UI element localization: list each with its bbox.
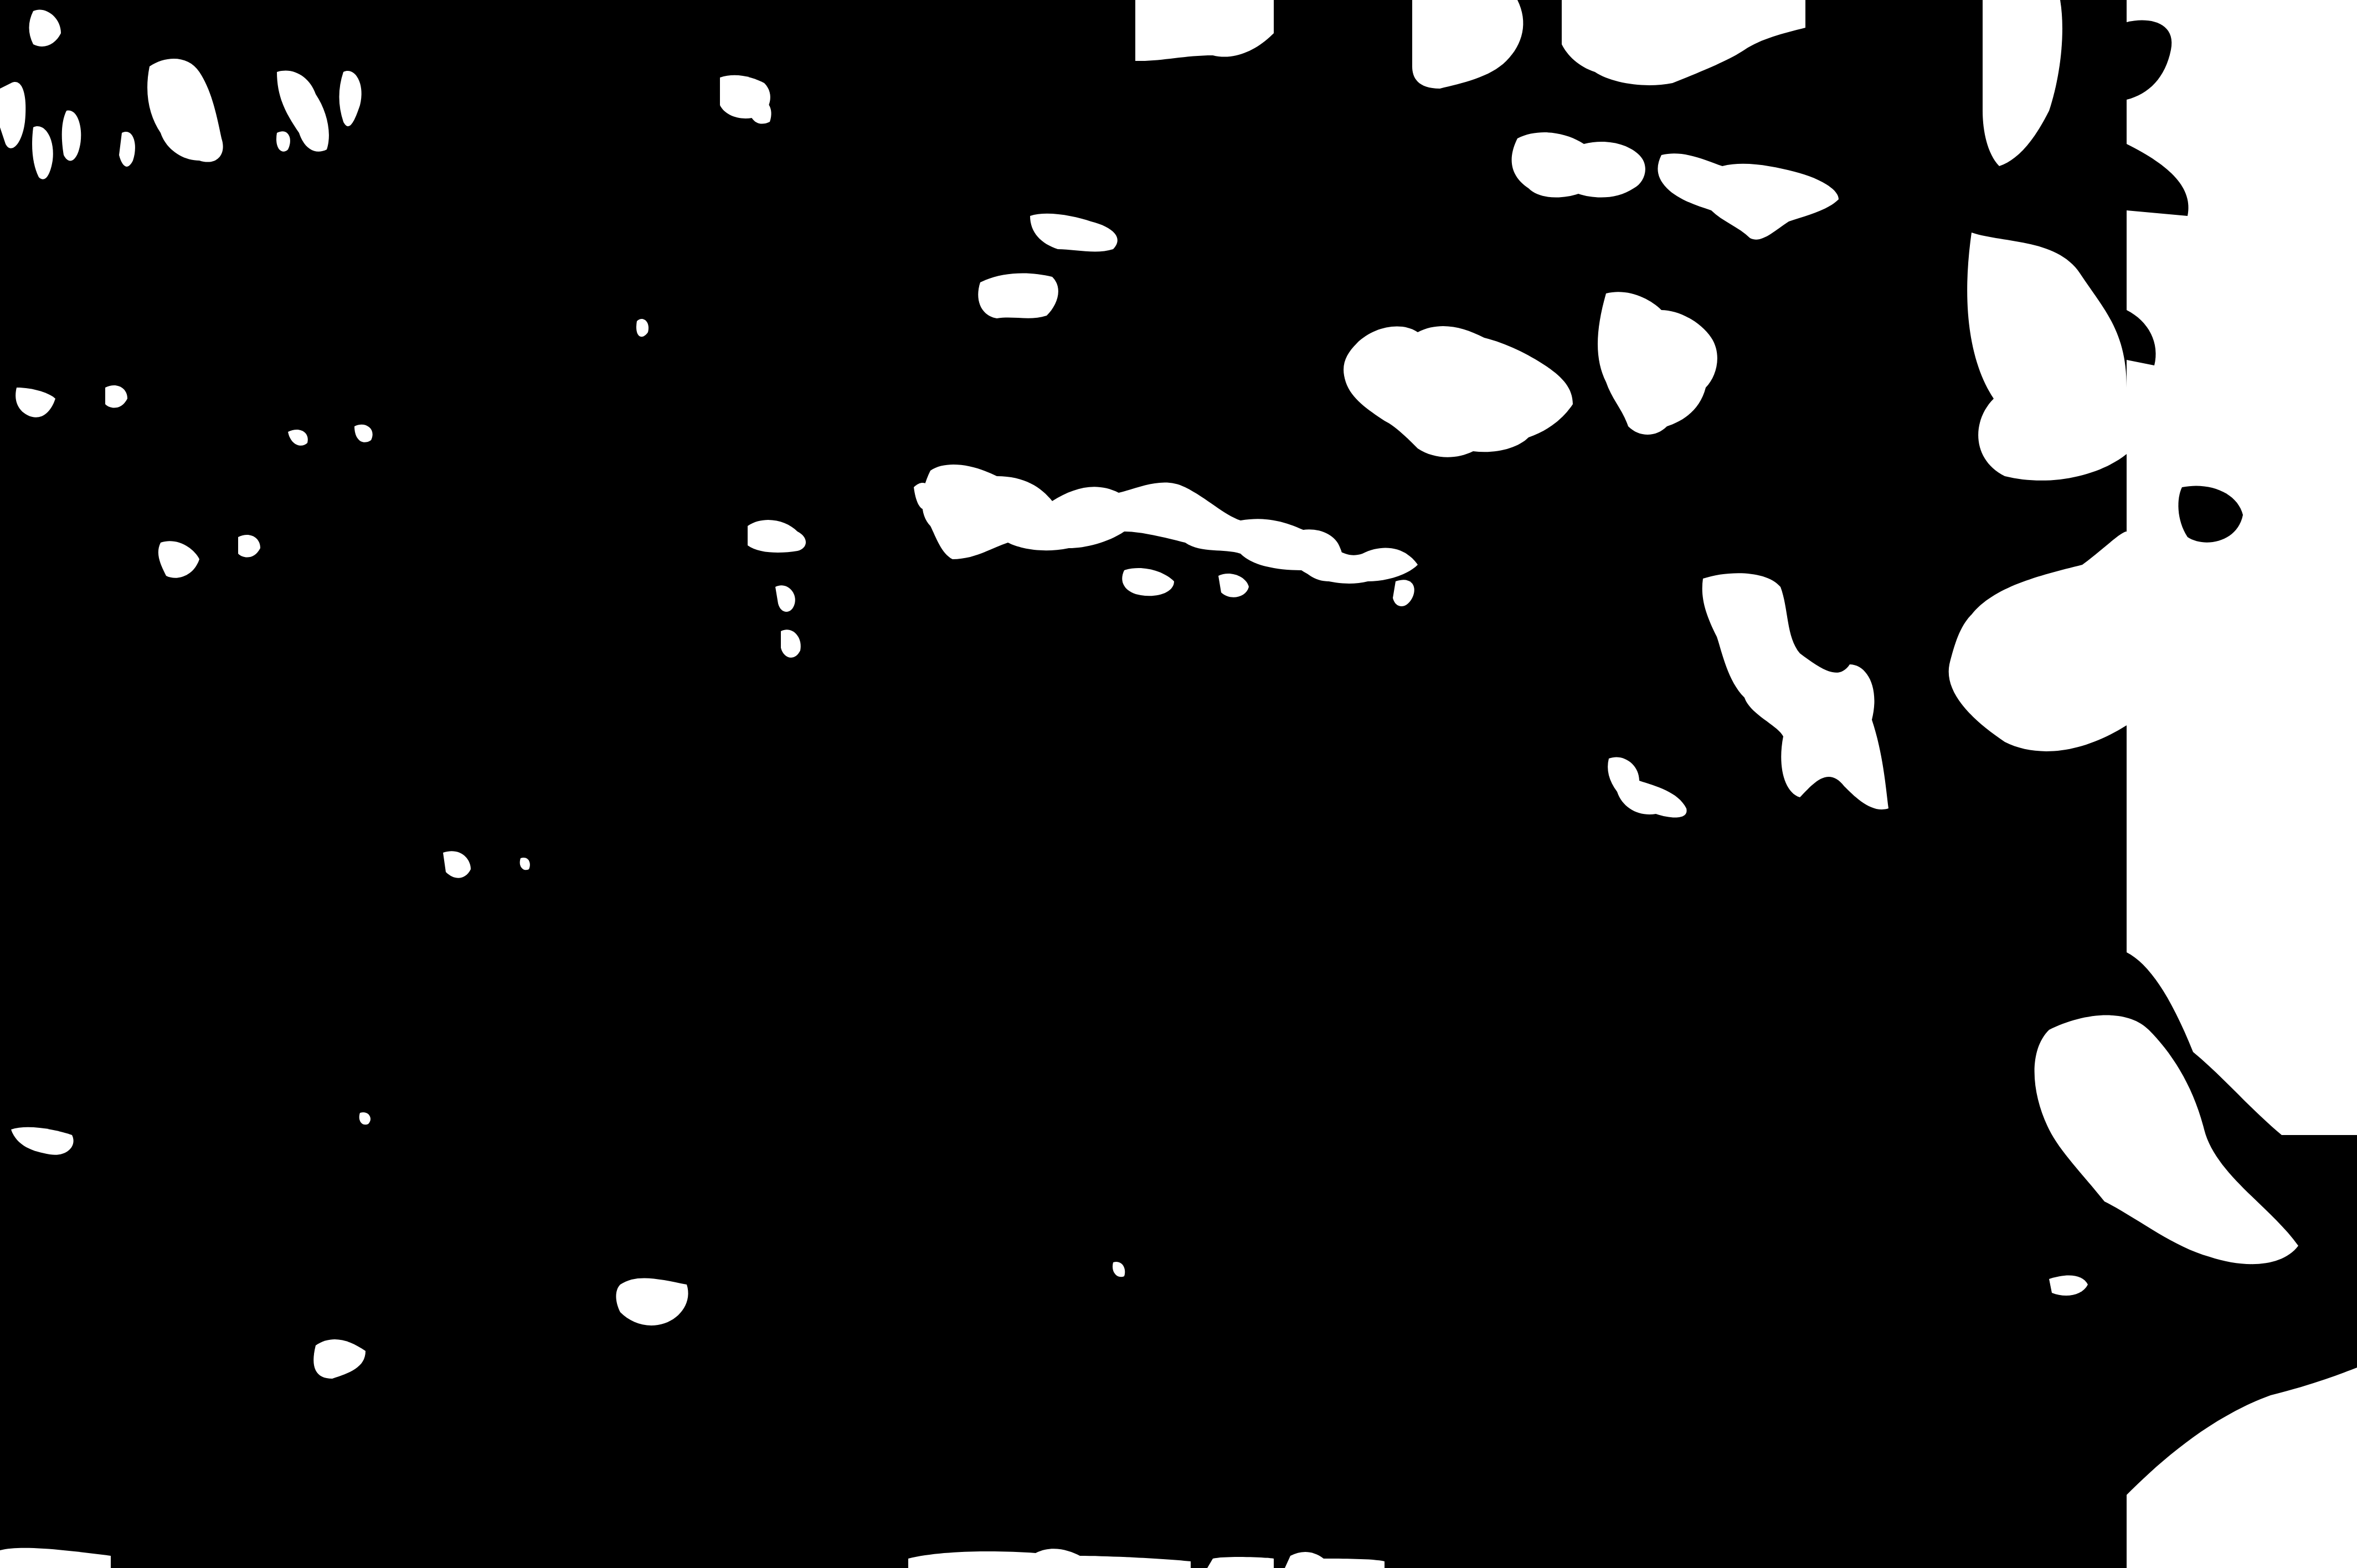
segmentation-mask — [0, 0, 2357, 1568]
mask-background — [0, 0, 2357, 1568]
